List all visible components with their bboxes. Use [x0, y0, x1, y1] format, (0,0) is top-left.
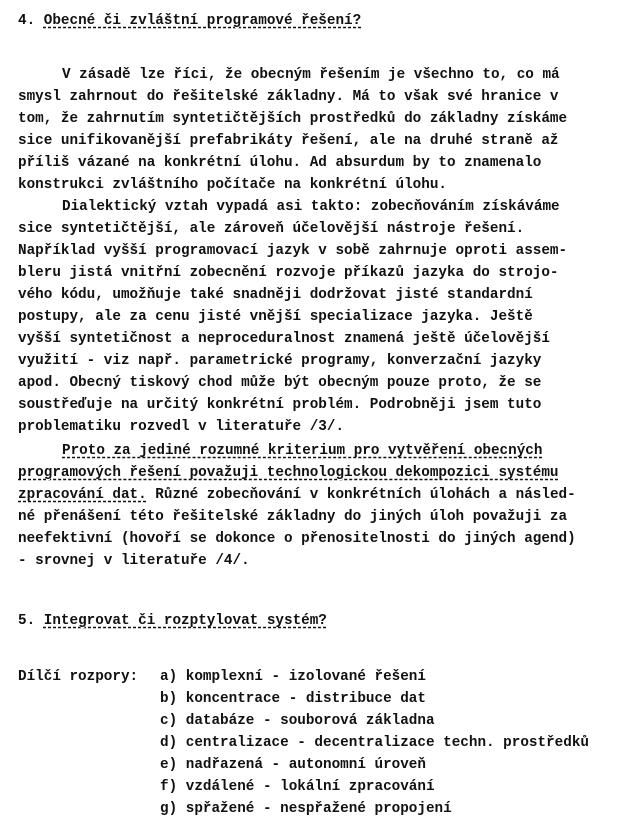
p1-line-5: příliš vázané na konkrétní úlohu. Ad abs… — [18, 154, 541, 172]
p2-line-5: vého kódu, umožňuje také snadněji dodržo… — [18, 286, 533, 304]
p2-line-3: Například vyšší programovací jazyk v sob… — [18, 242, 567, 260]
p1-line-2: smysl zahrnout do řešitelské základny. M… — [18, 88, 559, 106]
list-item-g: g) spřažené - nespřažené propojení — [160, 800, 452, 818]
typewritten-page: 4. Obecné či zvláštní programové řešení?… — [0, 0, 639, 830]
list-item-f: f) vzdálené - lokální zpracování — [160, 778, 435, 796]
p2-line-1: Dialektický vztah vypadá asi takto: zobe… — [62, 198, 560, 216]
p2-line-11: problematiku rozvedl v literatuře /3/. — [18, 418, 344, 436]
p1-line-3: tom, že zahrnutím syntetičtějších prostř… — [18, 110, 567, 128]
p1-line-6: konstrukci zvláštního počítače na konkré… — [18, 176, 447, 194]
p3-rest-fragment: Různé zobecňování v konkrétních úlohách … — [147, 487, 576, 503]
p1-line-4: sice unifikovanější prefabrikáty řešení,… — [18, 132, 559, 150]
section-5-number: 5. — [18, 613, 35, 629]
section-5-title: Integrovat či rozptylovat systém? — [44, 613, 327, 629]
p3-line-6: - srovnej v literatuře /4/. — [18, 552, 250, 570]
p2-line-6: postupy, ale za cenu jisté vnější specia… — [18, 308, 533, 326]
p2-line-7: vyšší syntetičnost a neproceduralnost zn… — [18, 330, 550, 348]
p2-line-10: soustřeďuje na určitý konkrétní problém.… — [18, 396, 541, 414]
p3-line-4: né přenášení této řešitelské základny do… — [18, 508, 567, 526]
section-4-number: 4. — [18, 13, 35, 29]
list-item-e: e) nadřazená - autonomní úroveň — [160, 756, 426, 774]
p2-line-8: využití - viz např. parametrické program… — [18, 352, 541, 370]
p3-mixed-line: zpracování dat. Různé zobecňování v konk… — [18, 486, 576, 504]
list-item-c: c) databáze - souborová základna — [160, 712, 435, 730]
list-item-b: b) koncentrace - distribuce dat — [160, 690, 426, 708]
list-item-a: a) komplexní - izolované řešení — [160, 668, 426, 686]
list-item-d: d) centralizace - decentralizace techn. … — [160, 734, 589, 752]
p2-line-4: bleru jistá vnitřní zobecnění rozvoje př… — [18, 264, 559, 282]
section-4-title: Obecné či zvláštní programové řešení? — [44, 13, 361, 29]
section-5-heading: 5. Integrovat či rozptylovat systém? — [18, 612, 327, 630]
p1-line-1: V zásadě lze říci, že obecným řešením je… — [62, 66, 560, 84]
p3-underlined-line-2: programových řešení považuji technologic… — [18, 464, 559, 482]
p3-underlined-fragment: zpracování dat. — [18, 487, 147, 503]
p3-underlined-line-1: Proto za jediné rozumné kriterium pro vy… — [62, 442, 542, 460]
p2-line-2: sice syntetičtější, ale zároveň účelověj… — [18, 220, 524, 238]
section-4-heading: 4. Obecné či zvláštní programové řešení? — [18, 12, 361, 30]
list-label: Dílčí rozpory: — [18, 668, 138, 686]
p2-line-9: apod. Obecný tiskový chod může být obecn… — [18, 374, 541, 392]
p3-line-5: neefektivní (hovoří se dokonce o přenosi… — [18, 530, 576, 548]
